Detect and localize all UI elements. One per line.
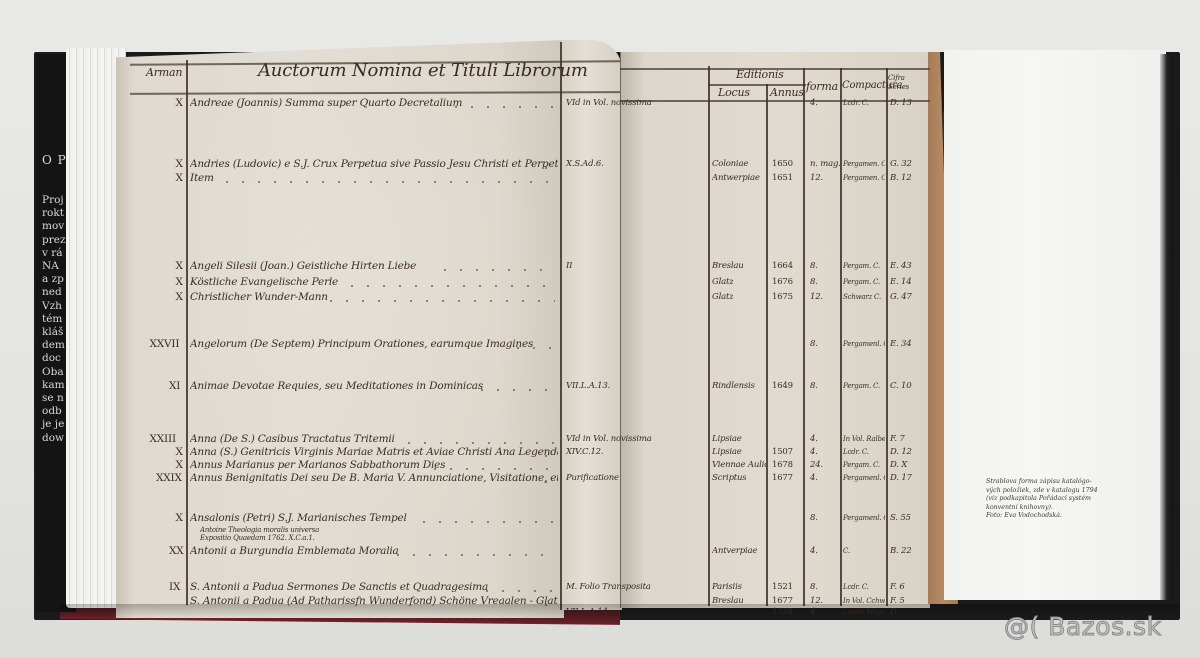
col-divider-forma bbox=[803, 68, 805, 606]
row-compactura: Lcdr. C. bbox=[843, 583, 869, 591]
row-locus: Rindlensis bbox=[712, 381, 755, 391]
row-compactura: C. bbox=[843, 547, 850, 555]
row-annus: 1650 bbox=[772, 159, 793, 169]
row-annus: 1677 bbox=[772, 473, 793, 483]
row-forma: 12. bbox=[810, 292, 823, 302]
manuscript-left-page bbox=[116, 40, 564, 618]
row-armar: X bbox=[176, 446, 183, 458]
caption-line: konventní knihovny). bbox=[986, 504, 1106, 513]
row-compactura: Pergamenl. C. bbox=[843, 514, 885, 522]
row-forma: 4. bbox=[810, 473, 818, 483]
row-forma: 8. bbox=[810, 261, 818, 271]
leader-dots bbox=[416, 521, 555, 523]
row-locus: Breslau bbox=[712, 261, 744, 271]
row-cifra: D. 12 bbox=[890, 447, 912, 457]
row-armar: X bbox=[176, 172, 183, 184]
row-title: Expositio Quaedam 1762. X.C.a.1. bbox=[200, 534, 315, 542]
row-forma: 8. bbox=[810, 513, 818, 523]
row-title: Köstliche Evangelische Perle bbox=[190, 276, 338, 288]
row-title: Antoine Theologia moralis universa bbox=[200, 526, 319, 534]
row-edition-note: XIV.C.12. bbox=[566, 447, 603, 457]
row-armar: X bbox=[176, 97, 183, 109]
rule-header-bottom-right bbox=[620, 100, 930, 102]
row-annus: 1676 bbox=[772, 277, 793, 287]
row-cifra: E. 43 bbox=[890, 261, 911, 271]
col-divider-armar bbox=[186, 60, 188, 605]
row-title: Antonii a Burgundia Emblemata Moralia bbox=[190, 545, 399, 557]
row-cifra: B. 12 bbox=[890, 173, 911, 183]
row-edition-note: M. Folio Transposita bbox=[566, 582, 651, 592]
row-cifra: G. 47 bbox=[890, 292, 912, 302]
left-page-text: Proj rokt mov prez v rá NA a zp ned Vzh … bbox=[42, 194, 66, 445]
row-compactura: Pergam. C. bbox=[843, 382, 880, 390]
leader-dots bbox=[538, 481, 555, 483]
manuscript-fold-column bbox=[562, 40, 622, 610]
row-forma: 12. bbox=[810, 173, 823, 183]
row-armar: X bbox=[176, 459, 183, 471]
row-cifra: D. X bbox=[890, 460, 907, 470]
row-edition-note: VId in Vol. novissima bbox=[566, 434, 652, 444]
row-armar: X bbox=[176, 512, 183, 524]
row-compactura: Lcdr. C. bbox=[843, 448, 869, 456]
row-compactura: Pergamenl. C. bbox=[843, 474, 885, 482]
row-compactura: Lcdr. C. bbox=[843, 99, 869, 107]
row-annus: 1675 bbox=[772, 292, 793, 302]
row-title: Andries (Ludovic) e S.J. Crux Perpetua s… bbox=[190, 158, 558, 170]
row-locus: Viennae Aulic. bbox=[712, 460, 766, 470]
header-armar: Arman bbox=[146, 66, 182, 79]
row-edition-note: Purificatione bbox=[566, 473, 619, 483]
row-annus: 1664 bbox=[772, 261, 793, 271]
row-compactura: Pergamen. C. bbox=[843, 174, 885, 182]
row-title: Ansalonis (Petri) S.J. Marianisches Temp… bbox=[190, 512, 407, 524]
row-forma: 4. bbox=[810, 98, 818, 108]
printed-page-edge bbox=[1160, 54, 1174, 600]
row-armar: X bbox=[176, 158, 183, 170]
row-forma: 8. bbox=[810, 381, 818, 391]
row-forma: 4. bbox=[810, 546, 818, 556]
row-title: Item bbox=[190, 172, 214, 184]
leader-dots bbox=[401, 442, 555, 444]
row-locus: Glatz bbox=[712, 277, 733, 287]
row-title: Angelorum (De Septem) Principum Oratione… bbox=[190, 338, 533, 350]
row-title: Annus Marianus per Marianos Sabbathorum … bbox=[190, 459, 445, 471]
row-armar: XX bbox=[169, 545, 184, 557]
row-locus: Coloniae bbox=[712, 159, 748, 169]
leader-dots bbox=[437, 269, 555, 271]
row-armar: X bbox=[176, 276, 183, 288]
row-compactura: Pergam. C. bbox=[843, 278, 880, 286]
row-title: Anna (De S.) Casibus Tractatus Tritemii bbox=[190, 433, 395, 445]
row-annus: 1507 bbox=[772, 447, 793, 457]
row-compactura: Pergamenl. C. bbox=[843, 340, 885, 348]
row-cifra: D. 17 bbox=[890, 473, 912, 483]
col-divider-annus bbox=[766, 84, 768, 606]
caption-line: (viz podkapitola Pořádací systém bbox=[986, 495, 1106, 504]
row-cifra: B. 22 bbox=[890, 546, 911, 556]
col-divider-compactura bbox=[840, 68, 842, 606]
leader-dots bbox=[390, 554, 555, 556]
row-armar: XXIII bbox=[150, 433, 176, 445]
row-locus: Parisiis bbox=[712, 582, 742, 592]
col-divider-locus bbox=[708, 66, 710, 606]
row-cifra: C. 10 bbox=[890, 381, 911, 391]
row-cifra: D. 13 bbox=[890, 98, 912, 108]
row-forma: 24. bbox=[810, 460, 823, 470]
book-photo: O P Proj rokt mov prez v rá NA a zp ned … bbox=[0, 0, 1200, 658]
row-locus: Glatz bbox=[712, 292, 733, 302]
row-forma: 8. bbox=[810, 339, 818, 349]
row-compactura: Pergam. C. bbox=[843, 262, 880, 270]
header-forma: forma bbox=[806, 80, 838, 93]
left-page-heading: O P bbox=[42, 154, 67, 167]
header-titles: Auctorum Nomina et Tituli Librorum bbox=[258, 60, 588, 81]
row-cifra: F. 7 bbox=[890, 434, 905, 444]
row-locus: Antverpiae bbox=[712, 546, 757, 556]
row-locus: Antwerpiae bbox=[712, 173, 760, 183]
row-title: Christlicher Wunder-Mann bbox=[190, 291, 328, 303]
row-locus: Lipsiae bbox=[712, 434, 742, 444]
leader-dots bbox=[474, 389, 555, 391]
row-edition-note: VId in Vol. novissima bbox=[566, 98, 652, 108]
leader-dots bbox=[344, 285, 555, 287]
row-forma: 8. bbox=[810, 582, 818, 592]
row-annus: 1649 bbox=[772, 381, 793, 391]
caption-line: vých položiek, zde v katalogu 1794 bbox=[986, 487, 1106, 496]
row-forma: n. mag. bbox=[810, 159, 841, 169]
col-divider-cifra bbox=[886, 68, 888, 606]
row-locus: Lipsiae bbox=[712, 447, 742, 457]
row-edition-note: II bbox=[566, 261, 572, 271]
caption-line: Strablova forma zápisu katalógo- bbox=[986, 478, 1106, 487]
row-title: Animae Devotae Requies, seu Meditationes… bbox=[190, 380, 483, 392]
header-locus: Locus bbox=[718, 86, 750, 99]
row-locus: Scriptus bbox=[712, 473, 746, 483]
col-divider-fold bbox=[560, 42, 562, 610]
leader-dots bbox=[219, 181, 555, 183]
row-cifra: E. 34 bbox=[890, 339, 911, 349]
photo-caption: Strablova forma zápisu katalógo- vých po… bbox=[986, 478, 1106, 521]
row-forma: 4. bbox=[810, 447, 818, 457]
row-cifra: S. 55 bbox=[890, 513, 911, 523]
row-annus: 1521 bbox=[772, 582, 793, 592]
page-gutter bbox=[620, 52, 621, 608]
header-editionis: Editionis bbox=[736, 68, 784, 81]
header-annus: Annus bbox=[770, 86, 804, 99]
row-compactura: Pergam. C. bbox=[843, 461, 880, 469]
row-title: Annus Benignitatis Dei seu De B. Maria V… bbox=[190, 472, 558, 484]
leader-dots bbox=[510, 347, 555, 349]
row-edition-note: VII.L.A.13. bbox=[566, 381, 610, 391]
row-armar: X bbox=[176, 260, 183, 272]
row-compactura: Pergamen. C. bbox=[843, 160, 885, 168]
row-compactura: Schwarz C. bbox=[843, 293, 881, 301]
row-forma: 4. bbox=[810, 434, 818, 444]
manuscript-right-page bbox=[620, 52, 930, 608]
row-armar: XXIX bbox=[156, 472, 182, 484]
row-forma: 8. bbox=[810, 277, 818, 287]
leader-dots bbox=[538, 167, 555, 169]
row-annus: 1678 bbox=[772, 460, 793, 470]
row-title: Angeli Silesii (Joan.) Geistliche Hirten… bbox=[190, 260, 416, 272]
row-compactura: In Vol. Ralber bbox=[843, 435, 885, 443]
row-armar: IX bbox=[169, 581, 180, 593]
caption-line: Foto: Eva Vodochodská. bbox=[986, 512, 1106, 521]
leader-dots bbox=[427, 468, 555, 470]
leader-dots bbox=[448, 106, 555, 108]
row-edition-note: X.S.Ad.6. bbox=[566, 159, 604, 169]
leader-dots bbox=[323, 300, 555, 302]
row-cifra: G. 32 bbox=[890, 159, 912, 169]
row-annus: 1651 bbox=[772, 173, 793, 183]
watermark: @( Bazos.sk bbox=[1004, 612, 1162, 641]
row-title: S. Antonii a Padua Sermones De Sanctis e… bbox=[190, 581, 488, 593]
row-title: Andreae (Joannis) Summa super Quarto Dec… bbox=[190, 97, 462, 109]
leader-dots bbox=[479, 590, 555, 592]
row-armar: XXVII bbox=[150, 338, 180, 350]
row-cifra: E. 14 bbox=[890, 277, 911, 287]
header-cifra: Cifra Series bbox=[888, 74, 924, 92]
row-armar: X bbox=[176, 291, 183, 303]
leader-dots bbox=[538, 455, 555, 457]
row-cifra: F. 6 bbox=[890, 582, 905, 592]
row-armar: XI bbox=[169, 380, 180, 392]
row-title: Anna (S.) Genitricis Virginis Mariae Mat… bbox=[190, 446, 558, 458]
